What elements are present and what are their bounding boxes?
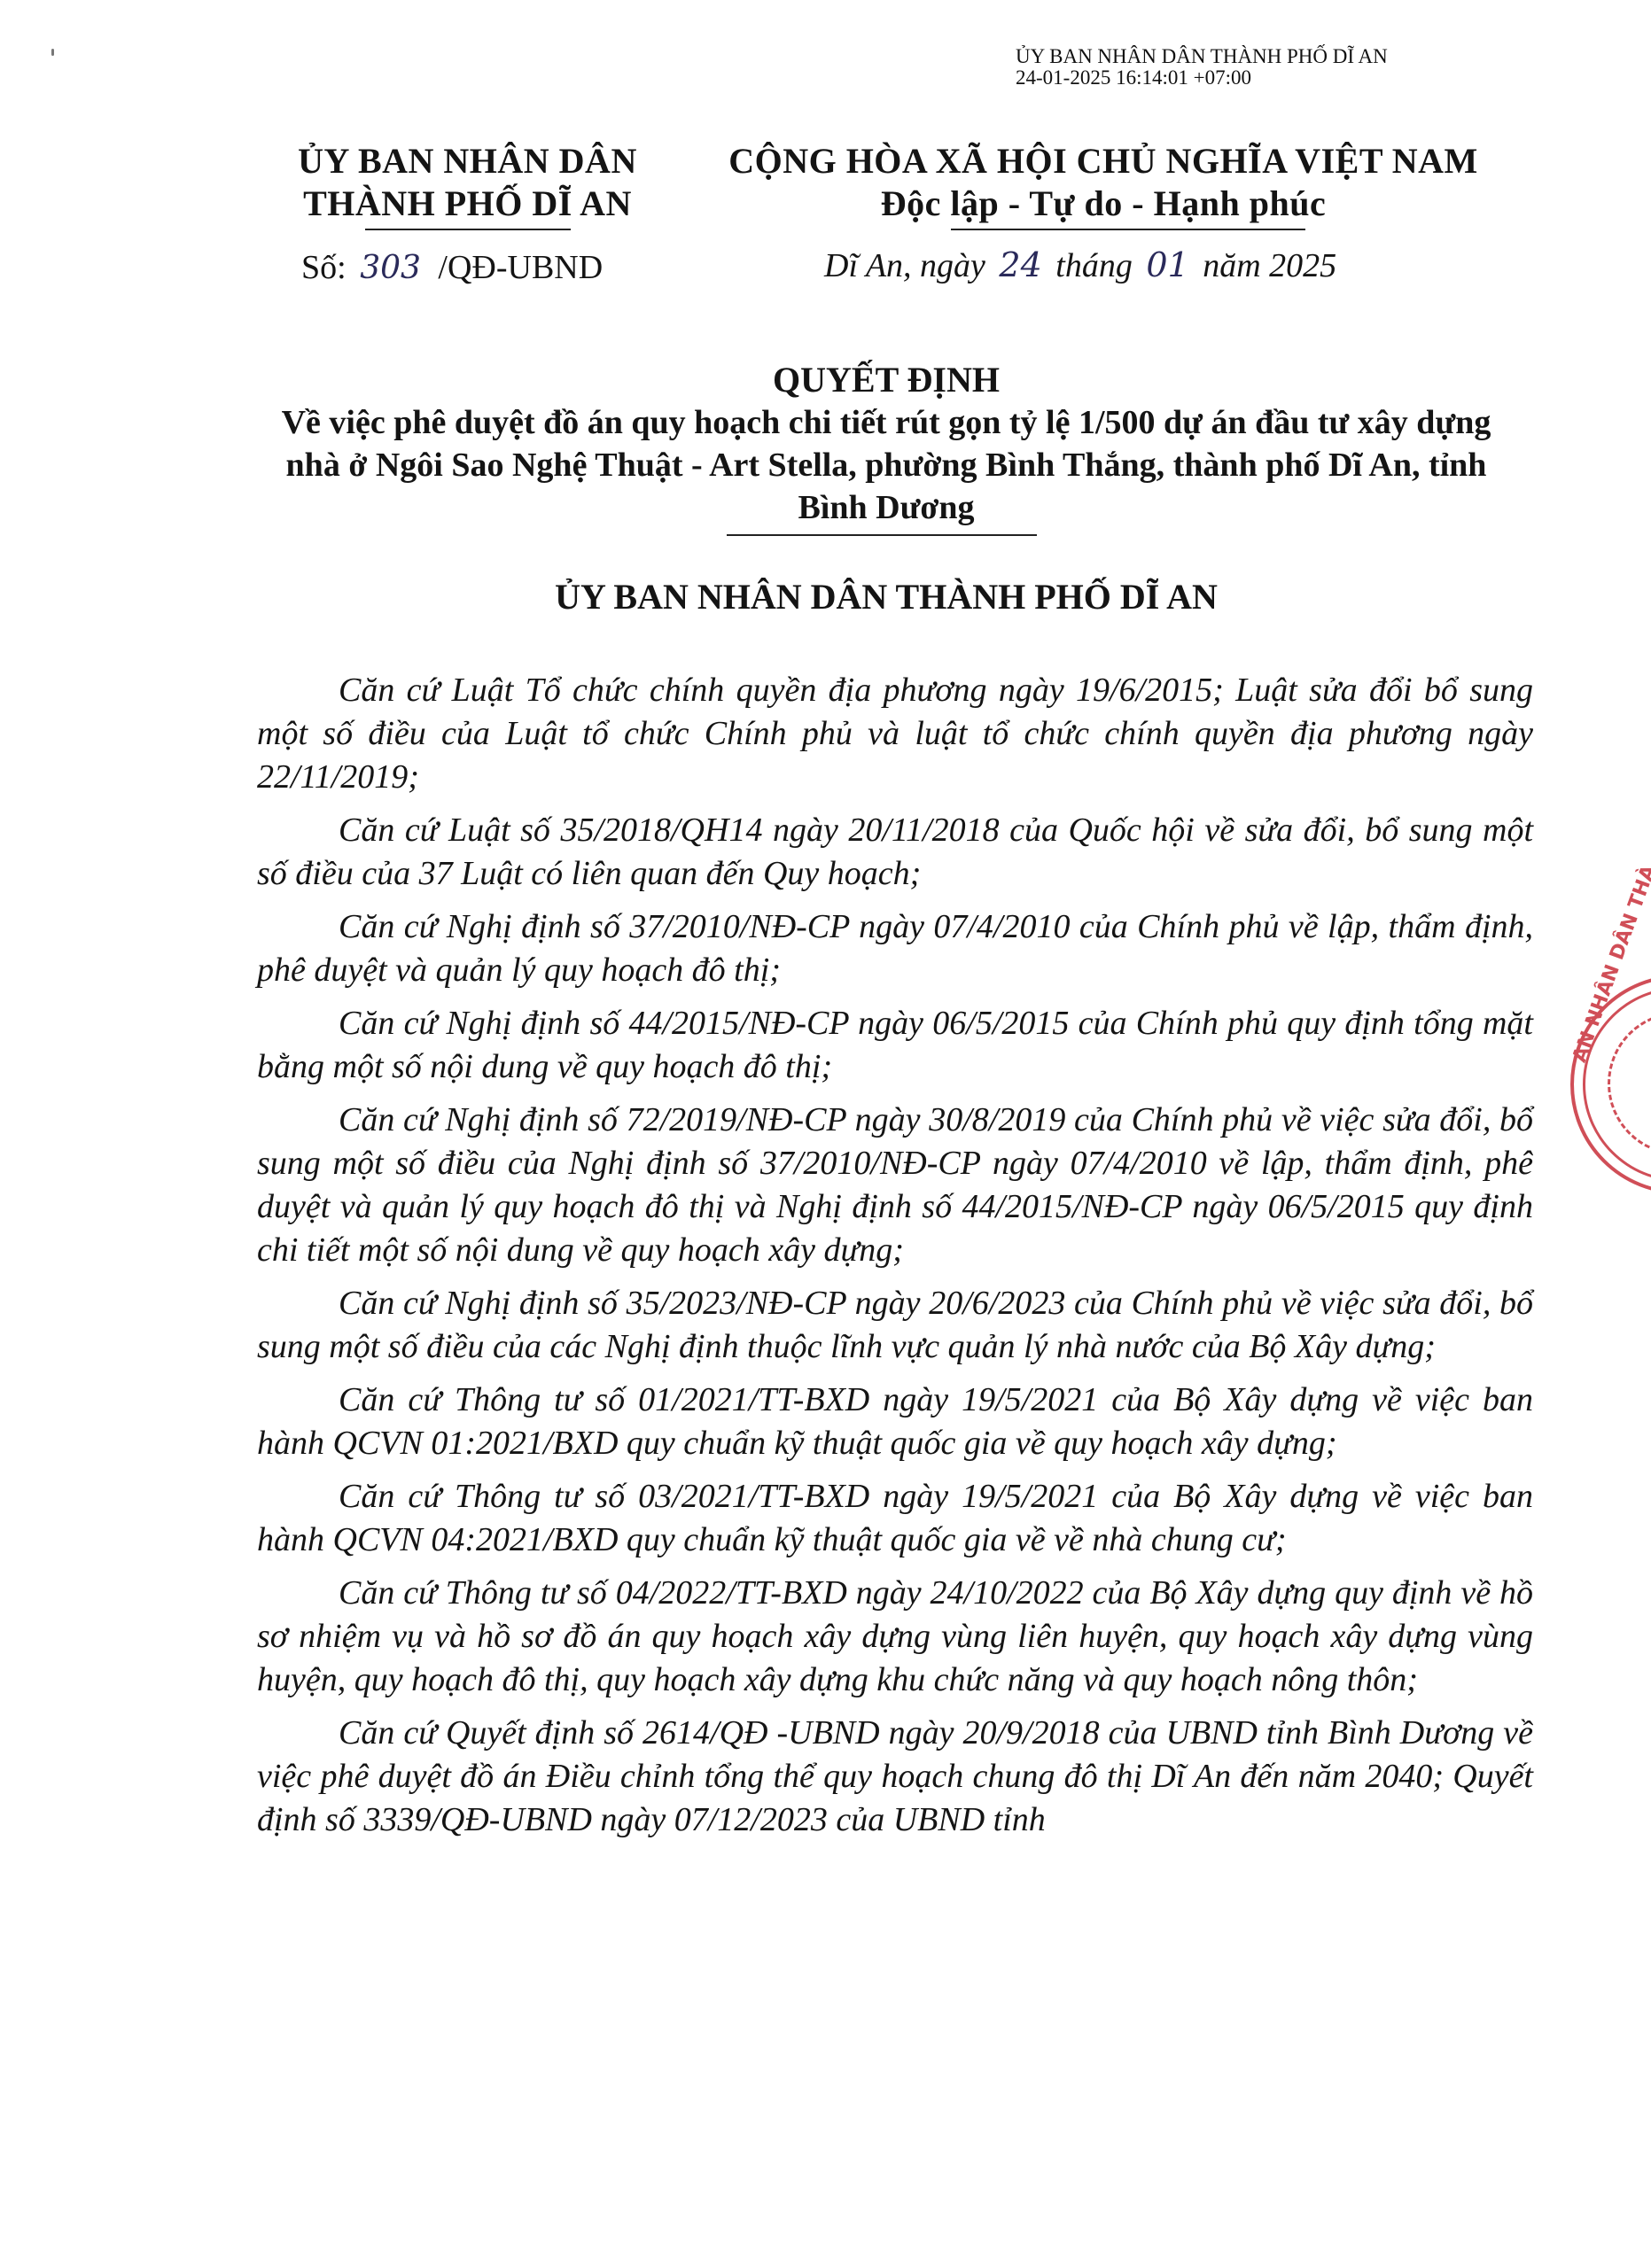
legal-basis-paragraph: Căn cứ Thông tư số 01/2021/TT-BXD ngày 1… xyxy=(257,1379,1533,1465)
doc-number-suffix: /QĐ-UBND xyxy=(438,249,603,286)
date-place: Dĩ An, ngày xyxy=(824,247,985,284)
legal-basis-paragraph: Căn cứ Luật Tổ chức chính quyền địa phươ… xyxy=(257,669,1533,799)
seal-inner-ring xyxy=(1608,1012,1651,1155)
country-name: CỘNG HÒA XÃ HỘI CHỦ NGHĨA VIỆT NAM xyxy=(700,140,1507,183)
date-day: 24 xyxy=(993,245,1047,284)
document-kind: QUYẾT ĐỊNH xyxy=(266,359,1507,401)
doc-number-handwritten: 303 xyxy=(354,250,430,286)
issuing-authority: ỦY BAN NHÂN DÂN THÀNH PHỐ DĨ AN xyxy=(266,576,1507,618)
scan-speck xyxy=(51,49,54,56)
agency-header: ỦY BAN NHÂN DÂN THÀNH PHỐ DĨ AN xyxy=(266,140,669,230)
signature-timestamp: 24-01-2025 16:14:01 +07:00 xyxy=(1016,67,1388,89)
official-seal: AN NHÂN DÂN THÀ xyxy=(1570,975,1651,1194)
date-month: 01 xyxy=(1141,245,1194,284)
document-number: Số: 303 /QĐ-UBND xyxy=(301,248,603,288)
doc-number-prefix: Số: xyxy=(301,249,347,286)
document-subject: Về việc phê duyệt đồ án quy hoạch chi ti… xyxy=(269,401,1505,529)
agency-line-2: THÀNH PHỐ DĨ AN xyxy=(266,183,669,225)
legal-basis-paragraph: Căn cứ Luật số 35/2018/QH14 ngày 20/11/2… xyxy=(257,809,1533,896)
national-motto: Độc lập - Tự do - Hạnh phúc xyxy=(700,183,1507,225)
motto-underline xyxy=(951,229,1305,230)
legal-basis-paragraph: Căn cứ Nghị định số 35/2023/NĐ-CP ngày 2… xyxy=(257,1282,1533,1369)
national-header: CỘNG HÒA XÃ HỘI CHỦ NGHĨA VIỆT NAM Độc l… xyxy=(700,140,1507,230)
title-underline xyxy=(727,534,1037,536)
legal-basis-paragraph: Căn cứ Thông tư số 03/2021/TT-BXD ngày 1… xyxy=(257,1475,1533,1562)
legal-basis-paragraph: Căn cứ Nghị định số 37/2010/NĐ-CP ngày 0… xyxy=(257,905,1533,992)
date-month-label: tháng xyxy=(1055,247,1133,284)
document-title: QUYẾT ĐỊNH Về việc phê duyệt đồ án quy h… xyxy=(266,359,1507,536)
legal-basis-paragraph: Căn cứ Quyết định số 2614/QĐ -UBND ngày … xyxy=(257,1712,1533,1842)
date-year: năm 2025 xyxy=(1203,247,1336,284)
legal-basis-paragraph: Căn cứ Nghị định số 44/2015/NĐ-CP ngày 0… xyxy=(257,1002,1533,1089)
digital-signature-stamp: ỦY BAN NHÂN DÂN THÀNH PHỐ DĨ AN 24-01-20… xyxy=(1016,46,1388,89)
signature-signer: ỦY BAN NHÂN DÂN THÀNH PHỐ DĨ AN xyxy=(1016,46,1388,67)
legal-basis-paragraph: Căn cứ Thông tư số 04/2022/TT-BXD ngày 2… xyxy=(257,1572,1533,1702)
legal-basis-paragraph: Căn cứ Nghị định số 72/2019/NĐ-CP ngày 3… xyxy=(257,1099,1533,1272)
agency-line-1: ỦY BAN NHÂN DÂN xyxy=(266,140,669,183)
agency-underline xyxy=(365,229,571,230)
legal-bases: Căn cứ Luật Tổ chức chính quyền địa phươ… xyxy=(257,669,1533,1852)
document-date: Dĩ An, ngày 24 tháng 01 năm 2025 xyxy=(824,245,1336,285)
